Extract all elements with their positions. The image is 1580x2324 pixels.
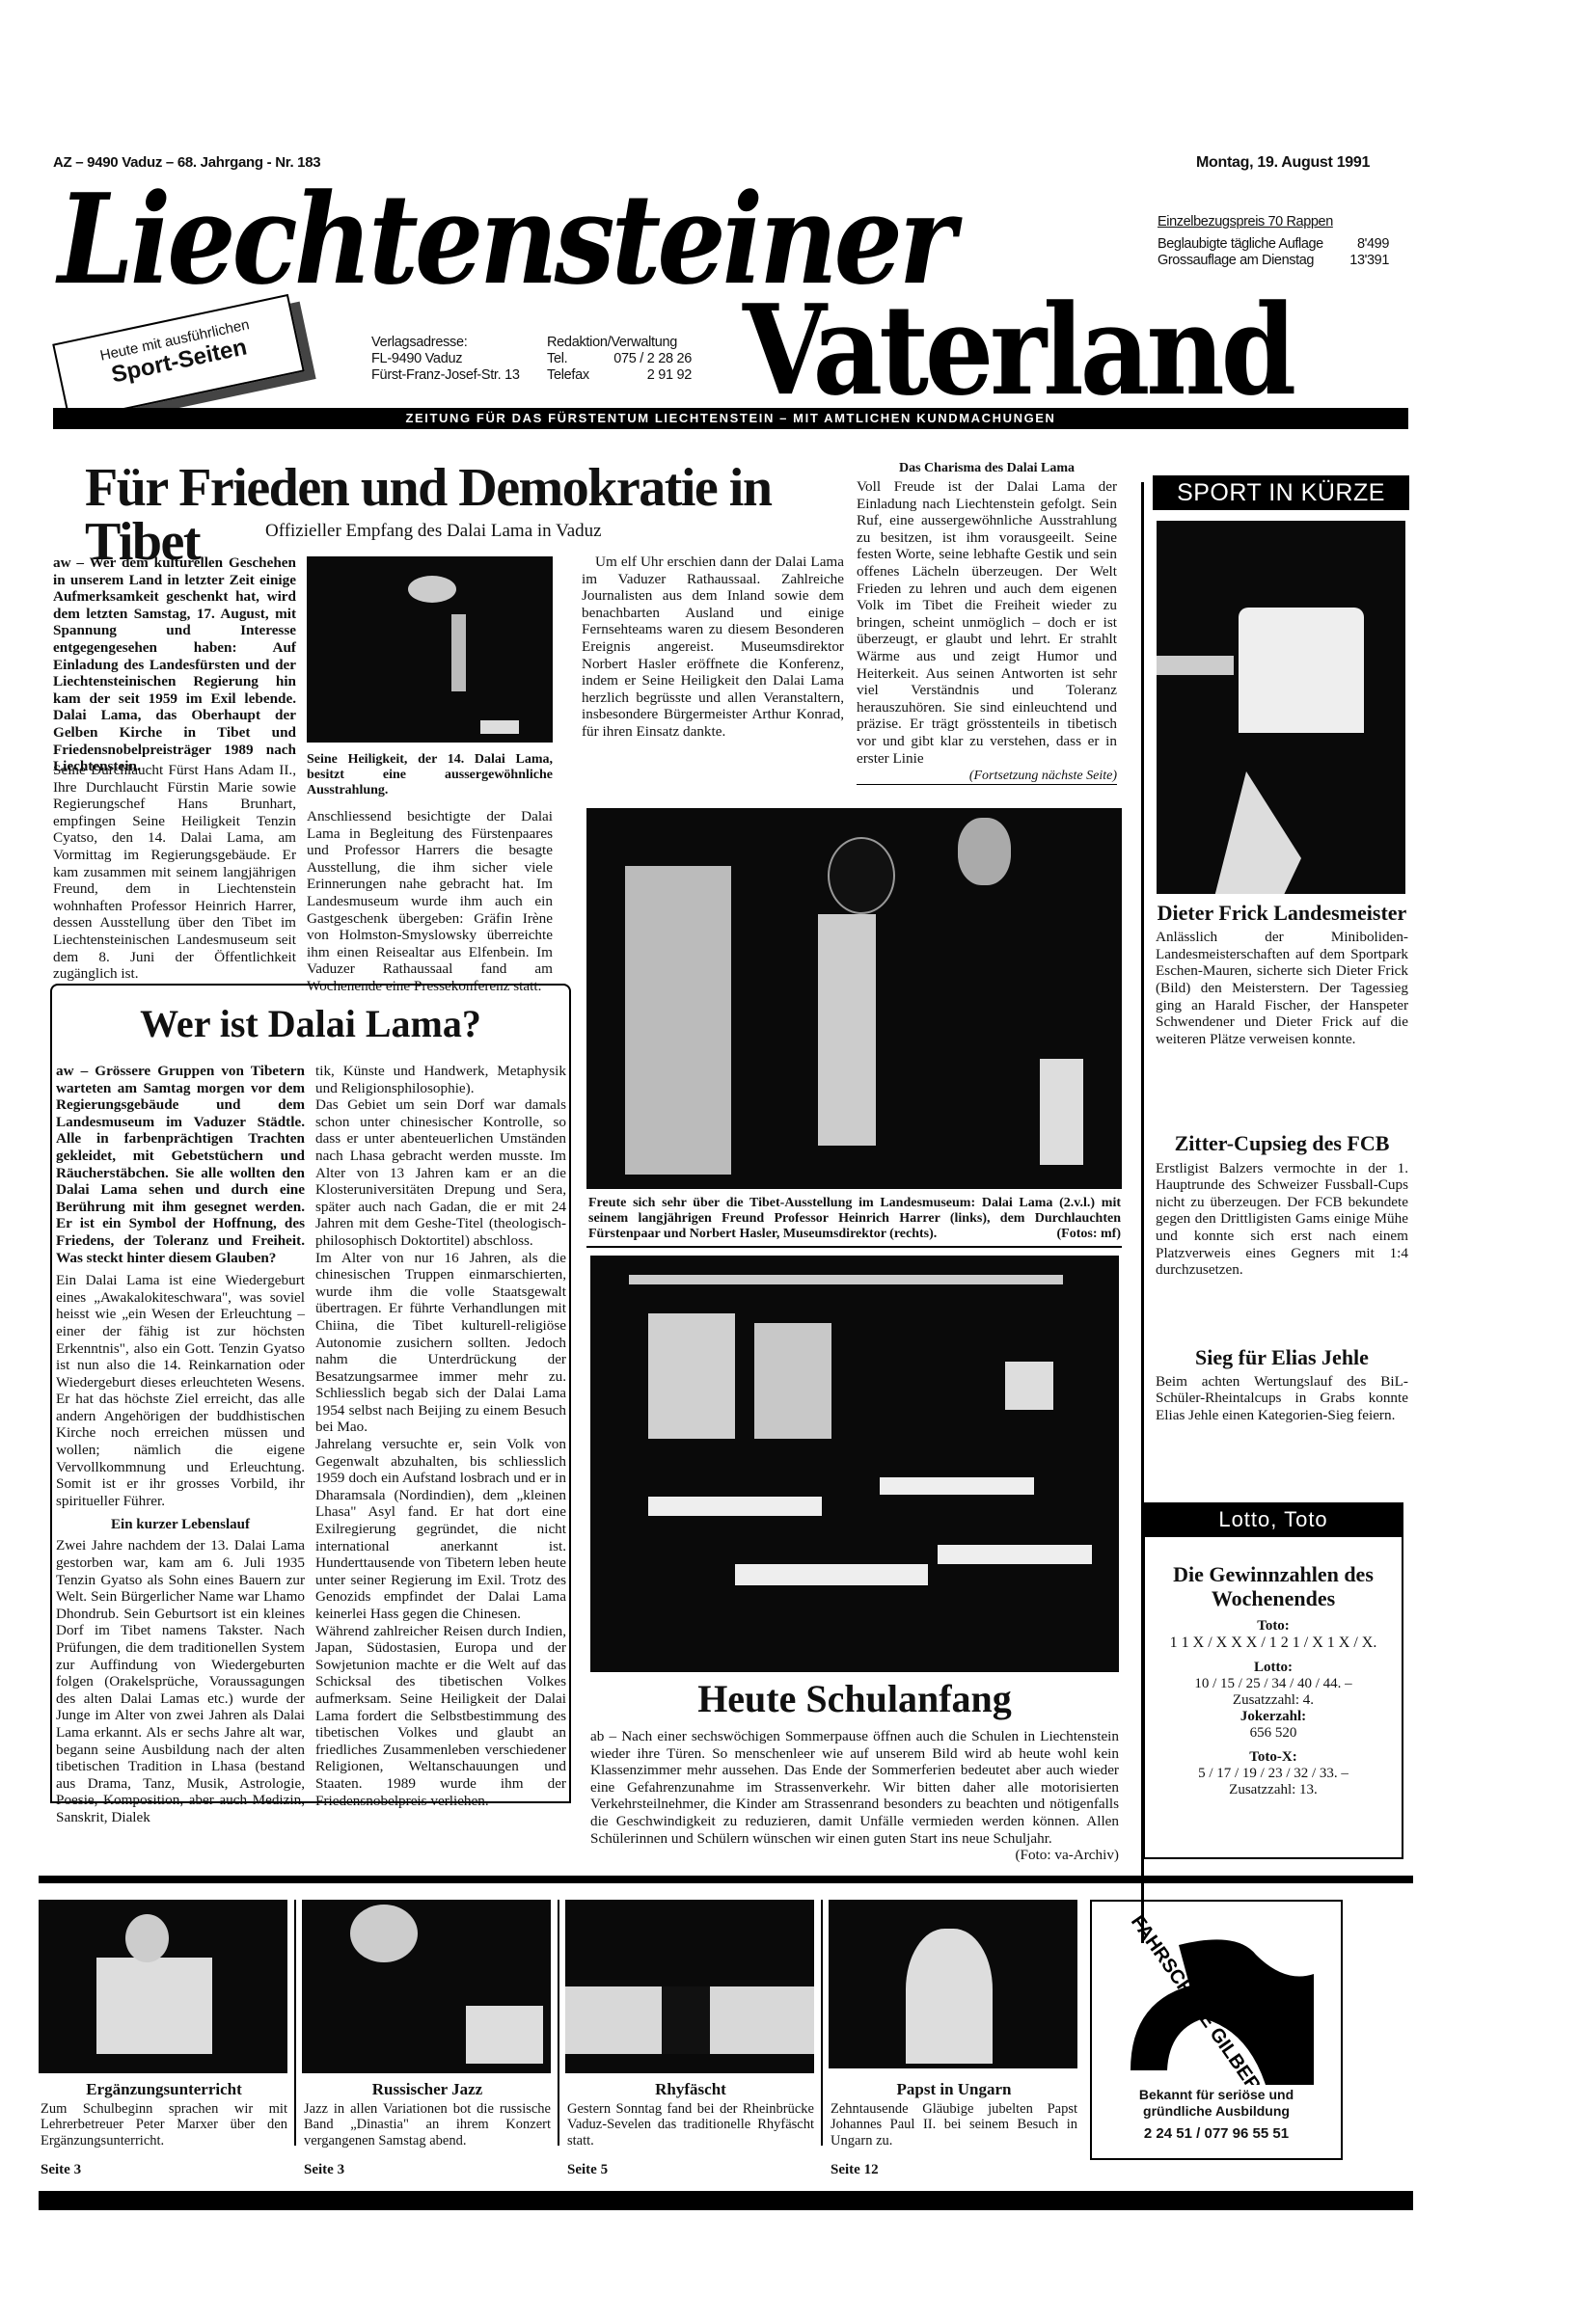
teaser-title: Russischer Jazz [304, 2081, 551, 2099]
teaser-photo-2 [302, 1900, 551, 2073]
charisma-column: Das Charisma des Dalai Lama Voll Freude … [857, 461, 1117, 785]
who-is-para4: Das Gebiet um sein Dorf war damals schon… [315, 1096, 566, 1249]
school-credit: (Foto: va-Archiv) [1015, 1847, 1119, 1864]
teaser-title: Papst in Ungarn [831, 2081, 1077, 2099]
who-is-col2: tik, Künste und Handwerk, Metaphysik und… [315, 1063, 566, 1809]
school-headline: Heute Schulanfang [590, 1678, 1119, 1720]
who-is-para5: Im Alter von nur 16 Jahren, als die chin… [315, 1250, 566, 1437]
sport-pages-stamp: Heute mit ausführlichen Sport-Seiten [52, 294, 305, 421]
lotto-label: Lotto: [1148, 1660, 1399, 1676]
who-is-headline: Wer ist Dalai Lama? [50, 1003, 571, 1045]
teaser-page-link[interactable]: Seite 3 [41, 2162, 287, 2178]
teaser-photo-1 [39, 1900, 287, 2073]
teaser-photo-4 [829, 1900, 1077, 2068]
circulation-daily: Beglaubigte tägliche Auflage 8'499 [1158, 236, 1389, 253]
who-is-intro: aw – Grössere Gruppen von Tibetern warte… [56, 1063, 305, 1266]
lead-intro: aw – Wer dem kulturellen Geschehen in un… [53, 554, 296, 775]
totox-label: Toto-X: [1148, 1749, 1399, 1766]
lotto-title: Die Gewinnzahlen des Wochenendes [1148, 1562, 1399, 1610]
lead-subheadline: Offizieller Empfang des Dalai Lama in Va… [265, 521, 602, 542]
teaser-divider [821, 1900, 823, 2146]
dalai-lama-portrait-photo [307, 556, 553, 743]
title-vaterland: Vaterland [743, 289, 1293, 414]
teaser-page-link[interactable]: Seite 12 [831, 2162, 1077, 2178]
classroom-photo [590, 1256, 1119, 1672]
group-caption-credit: (Fotos: mf) [1057, 1227, 1121, 1242]
group-photo [586, 808, 1122, 1189]
who-is-col1: aw – Grössere Gruppen von Tibetern warte… [56, 1063, 305, 1826]
driving-school-advert[interactable]: FAHRSCHULE GILBERT BECK Bekannt für seri… [1090, 1900, 1343, 2160]
tel-label: Tel. [547, 351, 567, 367]
price-info: Einzelbezugspreis 70 Rappen Beglaubigte … [1158, 214, 1389, 269]
single-price: Einzelbezugspreis 70 Rappen [1158, 214, 1389, 230]
divider [586, 1246, 1122, 1248]
sport-item-title: Sieg für Elias Jehle [1156, 1346, 1408, 1369]
teaser-photo-3 [565, 1900, 814, 2073]
lotto-value: 10 / 15 / 25 / 34 / 40 / 44. – [1148, 1676, 1399, 1692]
advert-text: Bekannt für seriöse und gründliche Ausbi… [1092, 2087, 1341, 2142]
teaser-divider [294, 1900, 296, 2146]
advert-slogan-line1: Bekannt für seriöse und [1092, 2087, 1341, 2103]
sport-item-title: Zitter-Cupsieg des FCB [1156, 1132, 1408, 1155]
teaser-item[interactable]: Ergänzungsunterricht Zum Schulbeginn spr… [41, 2081, 287, 2178]
tel-value: 075 / 2 28 26 [613, 351, 692, 367]
teaser-title: Ergänzungsunterricht [41, 2081, 287, 2099]
totox-extra: Zusatzzahl: 13. [1148, 1782, 1399, 1798]
teaser-text: Zum Schulbeginn sprachen wir mit Lehrerb… [41, 2101, 287, 2149]
dieter-frick-photo [1157, 521, 1405, 894]
teaser-title: Rhyfäscht [567, 2081, 814, 2099]
sport-item-title: Dieter Frick Landesmeister [1156, 902, 1408, 925]
masthead-banner: ZEITUNG FÜR DAS FÜRSTENTUM LIECHTENSTEIN… [53, 408, 1408, 429]
who-is-subheading: Ein kurzer Lebenslauf [56, 1517, 305, 1533]
lotto-content: Die Gewinnzahlen des Wochenendes Toto: 1… [1148, 1562, 1399, 1798]
portrait-caption: Seine Heiligkeit, der 14. Dalai Lama, be… [307, 752, 553, 798]
group-caption-text: Freute sich sehr über die Tibet-Ausstell… [588, 1196, 1121, 1241]
fax-label: Telefax [547, 367, 589, 384]
publisher-address: Verlagsadresse: FL-9490 Vaduz Fürst-Fran… [371, 335, 520, 384]
editorial-label: Redaktion/Verwaltung [547, 335, 692, 351]
who-is-para7: Während zahlreicher Reisen durch Indien,… [315, 1623, 566, 1810]
advert-phone: 2 24 51 / 077 96 55 51 [1092, 2125, 1341, 2142]
charisma-heading: Das Charisma des Dalai Lama [857, 461, 1117, 476]
publisher-line1: FL-9490 Vaduz [371, 351, 520, 367]
who-is-para2: Zwei Jahre nachdem der 13. Dalai Lama ge… [56, 1537, 305, 1825]
circulation-daily-label: Beglaubigte tägliche Auflage [1158, 236, 1323, 253]
school-text-body: ab – Nach einer sechswöchigen Sommerpaus… [590, 1728, 1119, 1847]
advert-slogan-line2: gründliche Ausbildung [1092, 2103, 1341, 2120]
sport-item-text: Anlässlich der Miniboliden-Landesmeister… [1156, 929, 1408, 1047]
driving-school-logo-icon: FAHRSCHULE GILBERT BECK [1092, 1902, 1341, 2085]
lotto-header: Lotto, Toto [1143, 1502, 1403, 1537]
issue-date: Montag, 19. August 1991 [1196, 154, 1370, 172]
toto-label: Toto: [1148, 1618, 1399, 1635]
teaser-text: Zehntausende Gläubige jubelten Papst Joh… [831, 2101, 1077, 2149]
who-is-para1: Ein Dalai Lama ist eine Wiedergeburt ein… [56, 1272, 305, 1509]
editorial-contact: Redaktion/Verwaltung Tel.075 / 2 28 26 T… [547, 335, 692, 384]
school-text: ab – Nach einer sechswöchigen Sommerpaus… [590, 1728, 1119, 1864]
joker-value: 656 520 [1148, 1725, 1399, 1742]
sport-item-text: Erstligist Balzers vermochte in der 1. H… [1156, 1160, 1408, 1279]
lead-para1: Seine Durchlaucht Fürst Hans Adam II., I… [53, 762, 296, 983]
circulation-daily-value: 8'499 [1357, 236, 1389, 253]
continued-link[interactable]: (Fortsetzung nächste Seite) [857, 769, 1117, 785]
publisher-line2: Fürst-Franz-Josef-Str. 13 [371, 367, 520, 384]
teaser-divider [558, 1900, 559, 2146]
lead-para2: Anschliessend besichtigte der Dalai Lama… [307, 808, 553, 995]
who-is-para3: tik, Künste und Handwerk, Metaphysik und… [315, 1063, 566, 1096]
teaser-page-link[interactable]: Seite 3 [304, 2162, 551, 2178]
circulation-tuesday: Grossauflage am Dienstag 13'391 [1158, 253, 1389, 269]
sport-item-text: Beim achten Wertungslauf des BiL-Schüler… [1156, 1373, 1408, 1424]
teaser-item[interactable]: Rhyfäscht Gestern Sonntag fand bei der R… [567, 2081, 814, 2178]
teaser-item[interactable]: Papst in Ungarn Zehntausende Gläubige ju… [831, 2081, 1077, 2178]
lotto-extra: Zusatzzahl: 4. [1148, 1692, 1399, 1709]
who-is-para6: Jahrelang versuchte er, sein Volk von Ge… [315, 1436, 566, 1623]
joker-label: Jokerzahl: [1148, 1709, 1399, 1725]
teaser-item[interactable]: Russischer Jazz Jazz in allen Variatione… [304, 2081, 551, 2178]
charisma-text: Voll Freude ist der Dalai Lama der Einla… [857, 478, 1117, 767]
circulation-tuesday-label: Grossauflage am Dienstag [1158, 253, 1314, 269]
circulation-tuesday-value: 13'391 [1349, 253, 1389, 269]
teaser-text: Gestern Sonntag fand bei der Rheinbrücke… [567, 2101, 814, 2149]
group-photo-caption: Freute sich sehr über die Tibet-Ausstell… [588, 1196, 1121, 1242]
toto-value: 1 1 X / X X X / 1 2 1 / X 1 X / X. [1148, 1635, 1399, 1652]
bottom-strip-bottom-rule [39, 2191, 1413, 2210]
teaser-page-link[interactable]: Seite 5 [567, 2162, 814, 2178]
lead-para3: Um elf Uhr erschien dann der Dalai Lama … [582, 554, 844, 746]
sport-items: Dieter Frick Landesmeister Anlässlich de… [1156, 902, 1408, 1424]
teaser-text: Jazz in allen Variationen bot die russis… [304, 2101, 551, 2149]
lead-para3-text: Um elf Uhr erschien dann der Dalai Lama … [582, 554, 844, 741]
totox-value: 5 / 17 / 19 / 23 / 32 / 33. – [1148, 1766, 1399, 1782]
publisher-label: Verlagsadresse: [371, 335, 520, 351]
sport-header: SPORT IN KÜRZE [1153, 475, 1409, 510]
bottom-strip-top-rule [39, 1876, 1413, 1883]
fax-value: 2 91 92 [647, 367, 692, 384]
